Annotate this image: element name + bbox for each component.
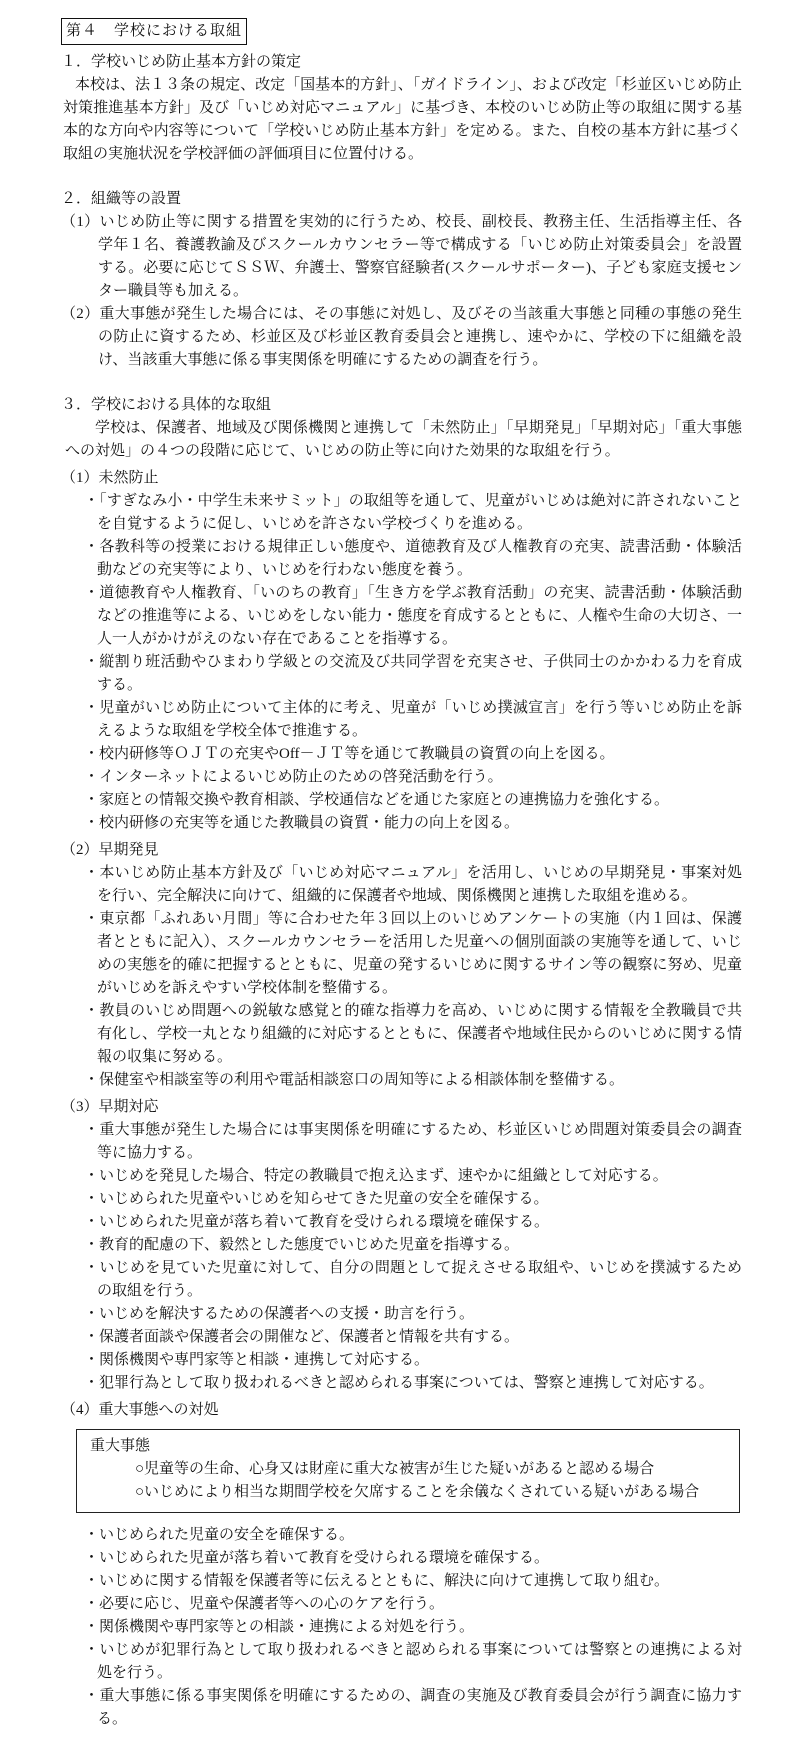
bullet-item: ・いじめられた児童の安全を確保する。 xyxy=(84,1524,742,1547)
subsection-early-response: （3）早期対応 ・重大事態が発生した場合には事実関係を明確にするため、杉並区いじ… xyxy=(61,1096,742,1395)
subsection-serious-incident: （4）重大事態への対処 重大事態 ○児童等の生命、心身又は財産に重大な被害が生じ… xyxy=(61,1399,742,1731)
bullet-item: ・いじめが犯罪行為として取り扱われるべきと認められる事案については警察との連携に… xyxy=(84,1639,742,1685)
subsection-prevention: （1）未然防止 ・「すぎなみ小・中学生未来サミット」の取組等を通して、児童がいじ… xyxy=(61,467,742,835)
section-3: ３．学校における具体的な取組 学校は、保護者、地域及び関係機関と連携して「未然防… xyxy=(61,394,742,1731)
bullet-item: ・インターネットによるいじめ防止のための啓発活動を行う。 xyxy=(84,766,742,789)
bullet-item: ・保護者面談や保護者会の開催など、保護者と情報を共有する。 xyxy=(84,1326,742,1349)
numbered-item: （2）重大事態が発生した場合には、その事態に対処し、及びその当該重大事態と同種の… xyxy=(61,303,742,372)
bullet-item: ・いじめを見ていた児童に対して、自分の問題として捉えさせる取組や、いじめを撲滅す… xyxy=(84,1257,742,1303)
bullet-item: ・保健室や相談室等の利用や電話相談窓口の周知等による相談体制を整備する。 xyxy=(84,1069,742,1092)
bullet-item: ・関係機関や専門家等と相談・連携して対応する。 xyxy=(84,1349,742,1372)
bullet-item: ・校内研修等ＯＪＴの充実やOff－ＪＴ等を通じて教職員の資質の向上を図る。 xyxy=(84,743,742,766)
section-1-paragraph: 本校は、法１３条の規定、改定「国基本的方針」、「ガイドライン」、および改定「杉並… xyxy=(63,74,742,166)
subsection-early-detection: （2）早期発見 ・本いじめ防止基本方針及び「いじめ対応マニュアル」を活用し、いじ… xyxy=(61,839,742,1092)
document-page: 第４ 学校における取組 １．学校いじめ防止基本方針の策定 本校は、法１３条の規定… xyxy=(0,0,800,1747)
bullet-item: ・教員のいじめ問題への鋭敏な感覚と的確な指導力を高め、いじめに関する情報を全教職… xyxy=(84,1000,742,1069)
bullet-item: ・校内研修の充実等を通じた教職員の資質・能力の向上を図る。 xyxy=(84,812,742,835)
serious-incident-box-title: 重大事態 xyxy=(90,1435,729,1458)
subsection-label: （3）早期対応 xyxy=(61,1096,742,1119)
serious-incident-box: 重大事態 ○児童等の生命、心身又は財産に重大な被害が生じた疑いがあると認める場合… xyxy=(76,1429,740,1513)
section-2: ２．組織等の設置 （1）いじめ防止等に関する措置を実効的に行うため、校長、副校長… xyxy=(61,188,742,372)
bullet-item: ・家庭との情報交換や教育相談、学校通信などを通じた家庭との連携協力を強化する。 xyxy=(84,789,742,812)
bullet-item: ・必要に応じ、児童や保護者等への心のケアを行う。 xyxy=(84,1593,742,1616)
bullet-item: ・重大事態が発生した場合には事実関係を明確にするため、杉並区いじめ問題対策委員会… xyxy=(84,1119,742,1165)
bullet-item: ・いじめられた児童やいじめを知らせてきた児童の安全を確保する。 xyxy=(84,1188,742,1211)
subsection-label: （2）早期発見 xyxy=(61,839,742,862)
numbered-item: （1）いじめ防止等に関する措置を実効的に行うため、校長、副校長、教務主任、生活指… xyxy=(61,211,742,303)
subsection-label: （4）重大事態への対処 xyxy=(61,1399,742,1422)
bullet-item: ・いじめに関する情報を保護者等に伝えるとともに、解決に向けて連携して取り組む。 xyxy=(84,1570,742,1593)
bullet-item: ・道徳教育や人権教育、「いのちの教育」「生き方を学ぶ教育活動」の充実、読書活動・… xyxy=(84,582,742,651)
bullet-item: ・児童がいじめ防止について主体的に考え、児童が「いじめ撲滅宣言」を行う等いじめ防… xyxy=(84,697,742,743)
bullet-item: ・縦割り班活動やひまわり学級との交流及び共同学習を充実させ、子供同士のかかわる力… xyxy=(84,651,742,697)
bullet-item: ・教育的配慮の下、毅然とした態度でいじめた児童を指導する。 xyxy=(84,1234,742,1257)
bullet-item: ・いじめられた児童が落ち着いて教育を受けられる環境を確保する。 xyxy=(84,1547,742,1570)
bullet-item: ・関係機関や専門家等との相談・連携による対処を行う。 xyxy=(84,1616,742,1639)
document-title: 第４ 学校における取組 xyxy=(61,18,247,45)
serious-incident-case: ○児童等の生命、心身又は財産に重大な被害が生じた疑いがあると認める場合 xyxy=(135,1458,729,1481)
bullet-item: ・いじめられた児童が落ち着いて教育を受けられる環境を確保する。 xyxy=(84,1211,742,1234)
bullet-item: ・本いじめ防止基本方針及び「いじめ対応マニュアル」を活用し、いじめの早期発見・事… xyxy=(84,862,742,908)
bullet-item: ・東京都「ふれあい月間」等に合わせた年３回以上のいじめアンケートの実施（内１回は… xyxy=(84,908,742,1000)
bullet-item: ・各教科等の授業における規律正しい態度や、道徳教育及び人権教育の充実、読書活動・… xyxy=(84,536,742,582)
section-3-paragraph: 学校は、保護者、地域及び関係機関と連携して「未然防止」「早期発見」「早期対応」「… xyxy=(65,417,742,463)
section-2-heading: ２．組織等の設置 xyxy=(61,188,742,211)
subsection-label: （1）未然防止 xyxy=(61,467,742,490)
section-1: １．学校いじめ防止基本方針の策定 本校は、法１３条の規定、改定「国基本的方針」、… xyxy=(61,51,742,166)
bullet-item: ・いじめを解決するための保護者への支援・助言を行う。 xyxy=(84,1303,742,1326)
bullet-item: ・いじめを発見した場合、特定の教職員で抱え込まず、速やかに組織として対応する。 xyxy=(84,1165,742,1188)
bullet-item: ・重大事態に係る事実関係を明確にするための、調査の実施及び教育委員会が行う調査に… xyxy=(84,1685,742,1731)
serious-incident-case: ○いじめにより相当な期間学校を欠席することを余儀なくされている疑いがある場合 xyxy=(135,1481,729,1504)
section-3-heading: ３．学校における具体的な取組 xyxy=(61,394,742,417)
section-1-heading: １．学校いじめ防止基本方針の策定 xyxy=(61,51,742,74)
bullet-item: ・「すぎなみ小・中学生未来サミット」の取組等を通して、児童がいじめは絶対に許され… xyxy=(84,490,742,536)
bullet-item: ・犯罪行為として取り扱われるべきと認められる事案については、警察と連携して対応す… xyxy=(84,1372,742,1395)
